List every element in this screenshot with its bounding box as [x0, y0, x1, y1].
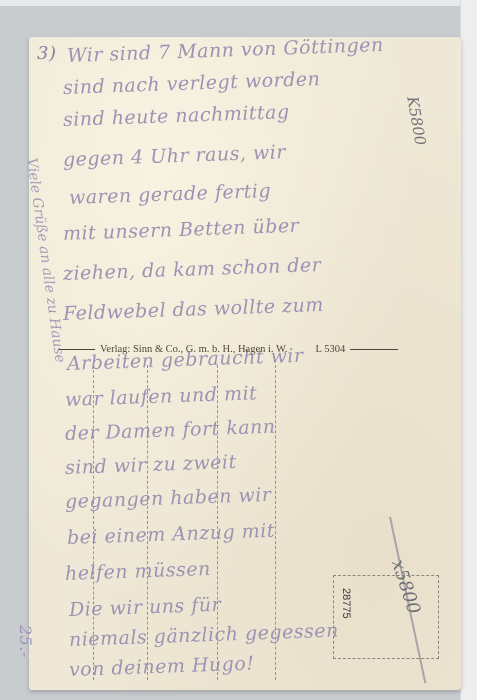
address-guide-line — [217, 365, 218, 680]
pencil-note-top-right: K5800 — [403, 95, 429, 147]
page-number: 3) — [37, 43, 56, 64]
message-line: sind wir zu zweit — [65, 451, 237, 479]
message-line: helfen müssen — [65, 558, 212, 585]
message-line: Die wir uns für — [69, 594, 222, 621]
message-line: Wir sind 7 Mann von Göttingen — [67, 34, 384, 67]
scan-frame-right — [460, 0, 477, 700]
address-guide-line — [275, 365, 276, 680]
left-margin-greeting: Viele Grüße an alle zu Hause — [23, 157, 68, 364]
series-number: L 5304 — [316, 344, 346, 355]
message-line: gegangen haben wir — [65, 484, 272, 513]
message-line: Feldwebel das wollte zum — [63, 294, 325, 325]
publisher-imprint-line: Verlag: Sinn & Co., G. m. b. H., Hagen i… — [59, 344, 439, 355]
message-line: niemals gänzlich gegessen — [69, 620, 339, 651]
address-guide-line — [93, 365, 94, 680]
left-margin-number: 25.- — [16, 625, 35, 658]
message-line: sind heute nachmittag — [63, 101, 290, 131]
message-line: gegen 4 Uhr raus, wir — [63, 141, 287, 171]
postcard-back: 3) Wir sind 7 Mann von Göttingen sind na… — [29, 37, 461, 690]
stamp-box-number: 28775 — [340, 588, 352, 619]
message-line: ziehen, da kam schon der — [63, 254, 322, 285]
imprint-rule-left — [59, 349, 95, 350]
message-line: waren gerade fertig — [69, 180, 272, 209]
scan-frame-top — [0, 0, 477, 6]
address-guide-line — [147, 365, 148, 680]
message-line: mit unsern Betten über — [63, 215, 300, 245]
publisher-imprint: Verlag: Sinn & Co., G. m. b. H., Hagen i… — [100, 344, 288, 355]
message-line: sind nach verlegt worden — [63, 68, 321, 99]
message-line: der Damen fort kann — [65, 416, 276, 445]
imprint-rule-right — [350, 349, 398, 350]
message-line: bei einem Anzug mit — [67, 520, 276, 549]
message-line: von deinem Hugo! — [69, 653, 255, 681]
stamp-box: 28775 — [333, 575, 439, 659]
